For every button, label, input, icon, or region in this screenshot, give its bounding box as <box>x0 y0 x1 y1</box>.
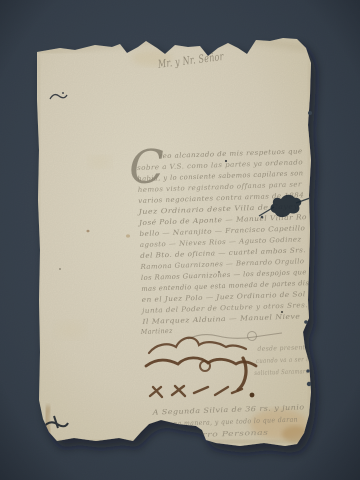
vignette <box>0 0 360 480</box>
photo-of-document: Mr. y Nr. Señor C reo alcanzado de mis r… <box>0 0 360 480</box>
manuscript-photo: Mr. y Nr. Señor C reo alcanzado de mis r… <box>0 0 360 480</box>
